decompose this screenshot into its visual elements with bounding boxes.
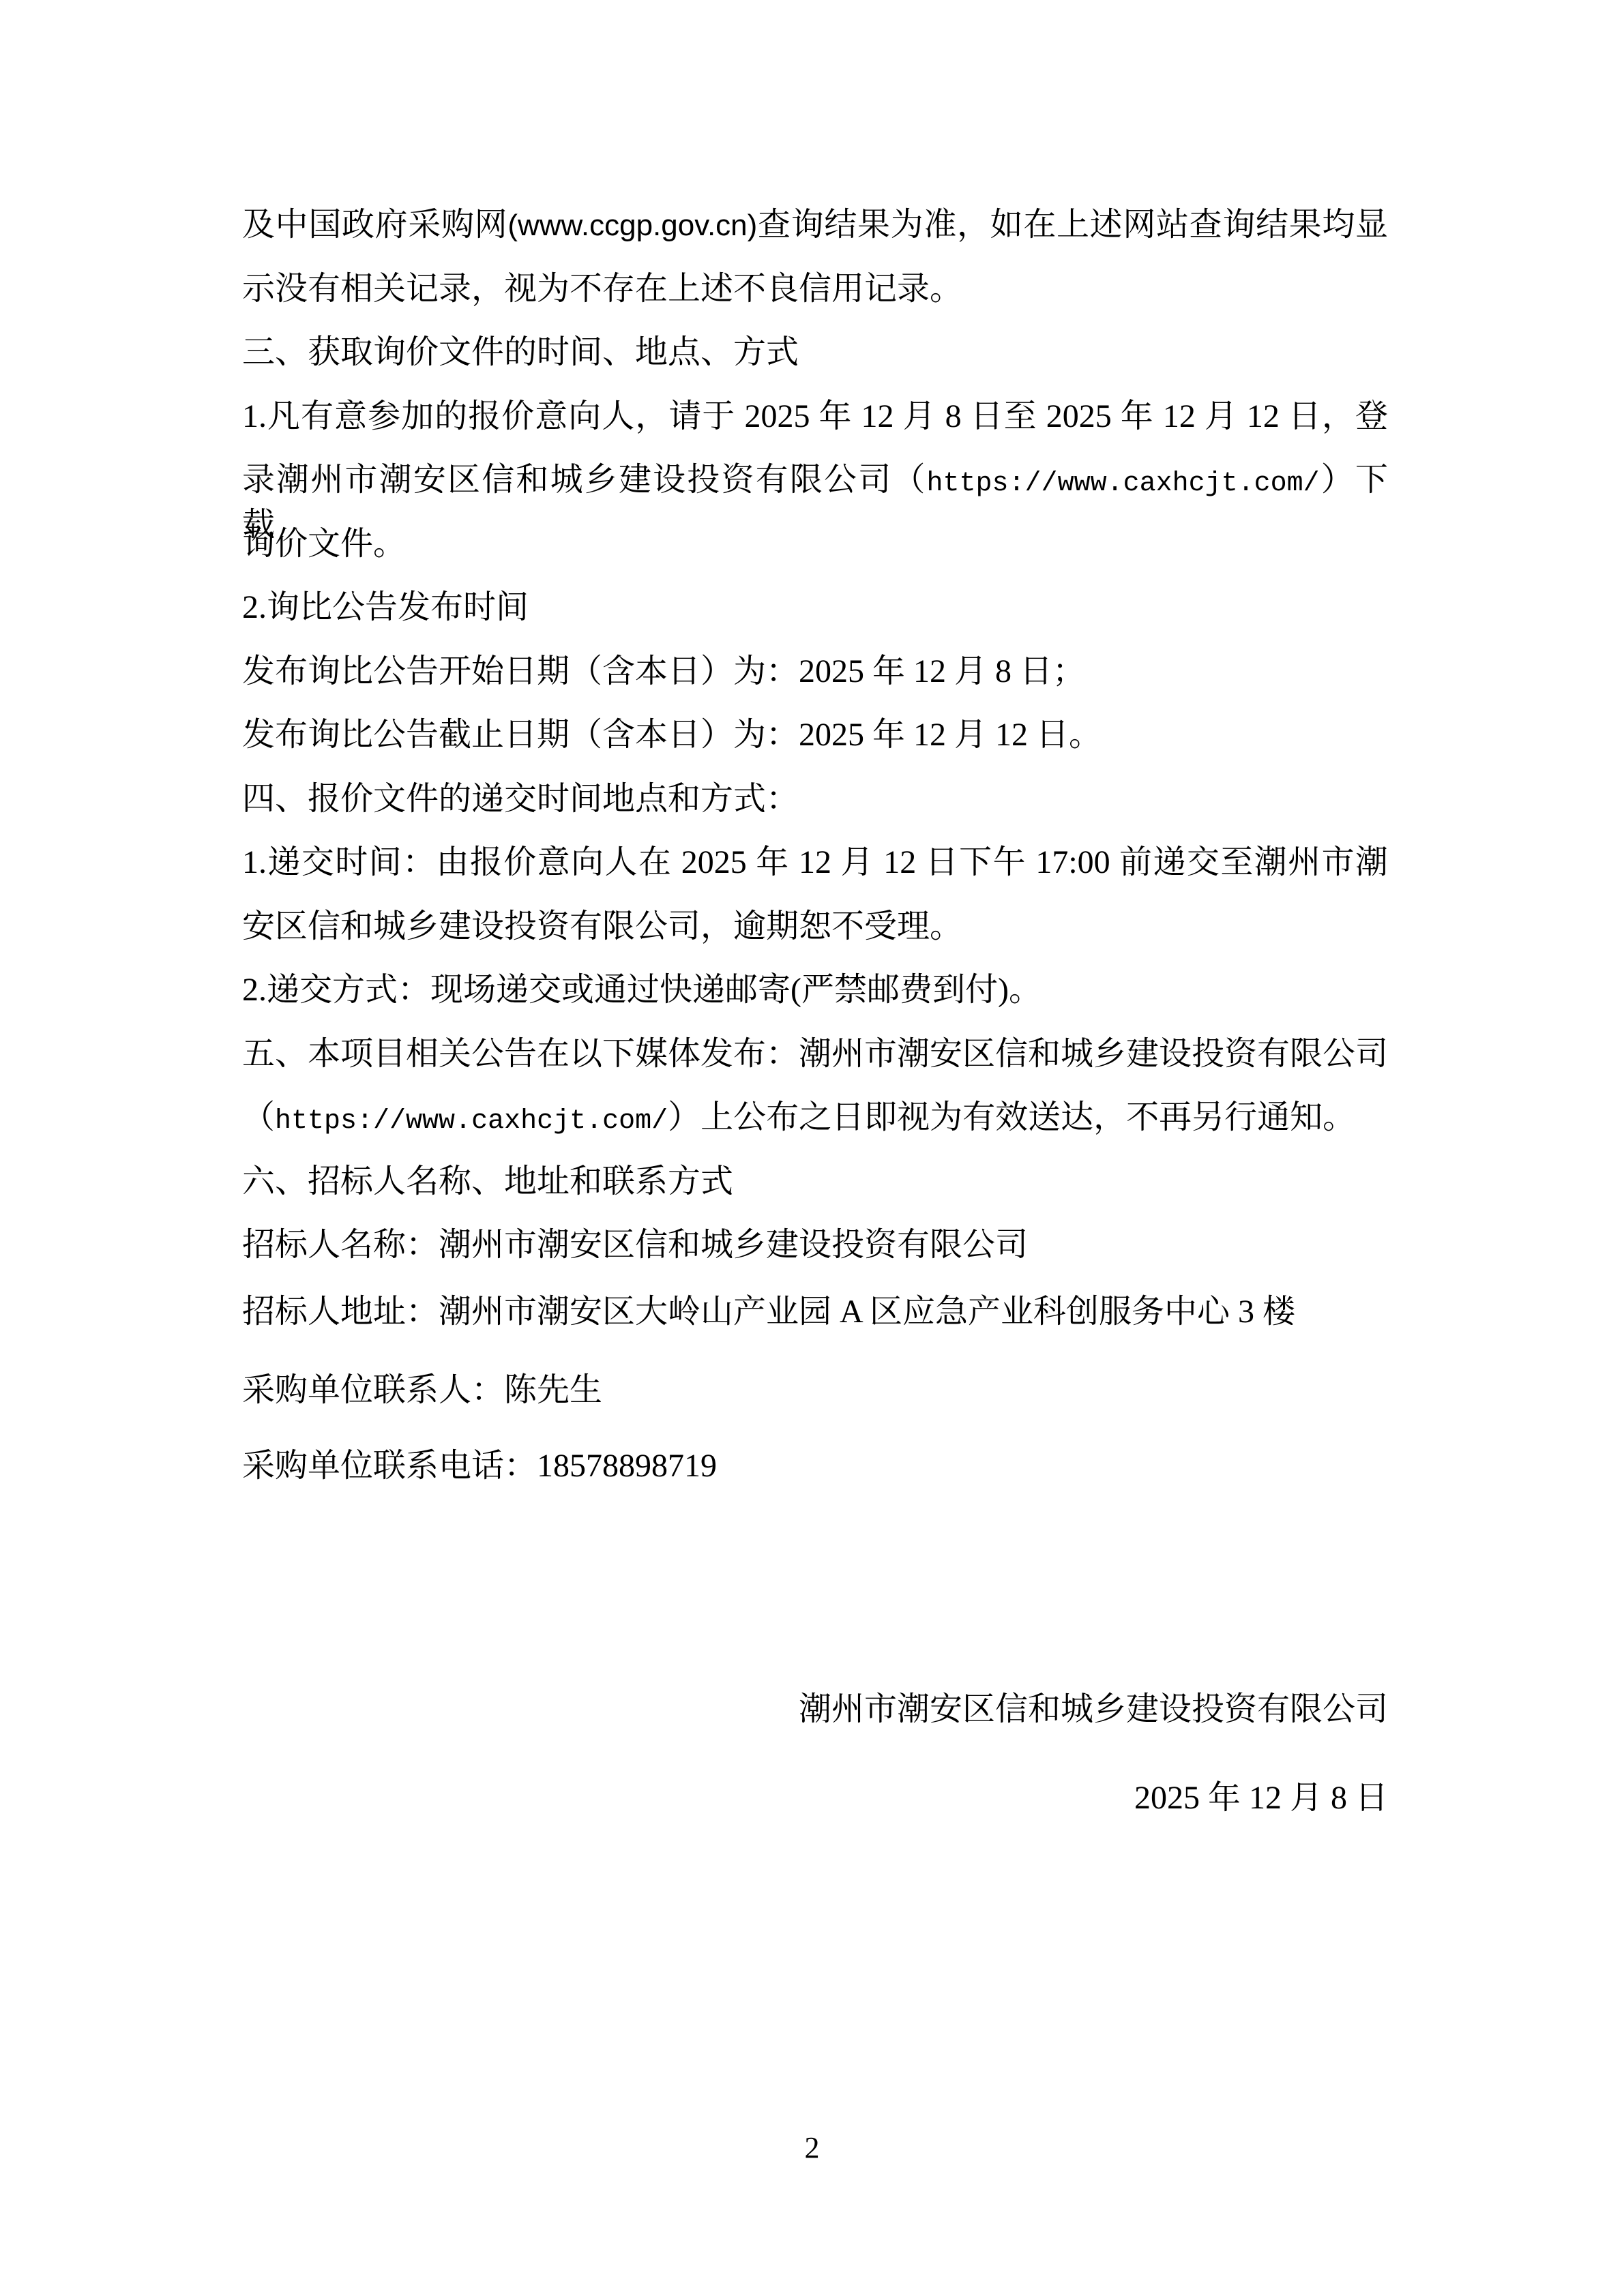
document-line-8: 发布询比公告开始日期（含本日）为：2025 年 12 月 8 日； (242, 651, 1388, 692)
text-run: 查询结果为准，如在上述网站查询结果均显 (757, 207, 1388, 243)
text-run: 1.递交时间：由报价意向人在 2025 年 12 月 12 日下午 17:00 … (242, 844, 1388, 880)
document-line-21: 潮州市潮安区信和城乡建设投资有限公司 (242, 1689, 1388, 1730)
document-line-13: 2.递交方式：现场递交或通过快递邮寄(严禁邮费到付)。 (242, 970, 1388, 1011)
text-run: 发布询比公告开始日期（含本日）为：2025 年 12 月 8 日； (242, 653, 1085, 689)
document-body: 及中国政府采购网(www.ccgp.gov.cn)查询结果为准，如在上述网站查询… (242, 0, 1388, 2296)
document-line-19: 采购单位联系人：陈先生 (242, 1370, 1388, 1411)
text-run: 招标人地址：潮州市潮安区大岭山产业园 A 区应急产业科创服务中心 3 楼 (242, 1294, 1295, 1330)
text-run: （ (242, 1099, 275, 1135)
document-page: 及中国政府采购网(www.ccgp.gov.cn)查询结果为准，如在上述网站查询… (0, 0, 1624, 2296)
text-run: 2.询比公告发布时间 (242, 589, 529, 625)
url-text: https://www.caxhcjt.com/ (927, 468, 1320, 499)
text-run: 2025 年 12 月 8 日 (1134, 1780, 1388, 1816)
document-line-20: 采购单位联系电话：18578898719 (242, 1446, 1388, 1487)
text-run: 潮州市潮安区信和城乡建设投资有限公司 (799, 1691, 1388, 1727)
text-run: 1.凡有意参加的报价意向人，请于 2025 年 12 月 8 日至 2025 年… (242, 398, 1388, 434)
document-line-9: 发布询比公告截止日期（含本日）为：2025 年 12 月 12 日。 (242, 715, 1388, 756)
document-line-22: 2025 年 12 月 8 日 (242, 1778, 1388, 1819)
document-line-14: 五、本项目相关公告在以下媒体发布：潮州市潮安区信和城乡建设投资有限公司 (242, 1034, 1388, 1075)
text-run: 发布询比公告截止日期（含本日）为：2025 年 12 月 12 日。 (242, 717, 1102, 753)
text-run: 三、获取询价文件的时间、地点、方式 (242, 334, 799, 370)
document-line-11: 1.递交时间：由报价意向人在 2025 年 12 月 12 日下午 17:00 … (242, 842, 1388, 883)
document-line-17: 招标人名称：潮州市潮安区信和城乡建设投资有限公司 (242, 1225, 1388, 1266)
document-line-12: 安区信和城乡建设投资有限公司，逾期恕不受理。 (242, 906, 1388, 947)
page-number: 2 (0, 2129, 1624, 2167)
text-run: 2.递交方式：现场递交或通过快递邮寄(严禁邮费到付)。 (242, 972, 1042, 1008)
text-run: 招标人名称：潮州市潮安区信和城乡建设投资有限公司 (242, 1227, 1028, 1263)
document-line-2: 示没有相关记录，视为不存在上述不良信用记录。 (242, 269, 1388, 310)
text-run: 采购单位联系电话：18578898719 (242, 1448, 717, 1484)
document-line-6: 询价文件。 (242, 524, 1388, 565)
document-line-15: （https://www.caxhcjt.com/）上公布之日即视为有效送达，不… (242, 1097, 1388, 1142)
document-line-7: 2.询比公告发布时间 (242, 587, 1388, 628)
document-line-3: 三、获取询价文件的时间、地点、方式 (242, 332, 1388, 373)
url-text: https://www.caxhcjt.com/ (275, 1106, 668, 1137)
text-run: ）上公布之日即视为有效送达，不再另行通知。 (668, 1099, 1355, 1135)
text-run: 四、报价文件的递交时间地点和方式： (242, 781, 799, 817)
text-run: 示没有相关记录，视为不存在上述不良信用记录。 (242, 271, 962, 307)
document-line-4: 1.凡有意参加的报价意向人，请于 2025 年 12 月 8 日至 2025 年… (242, 396, 1388, 437)
text-run: 询价文件。 (242, 526, 406, 562)
document-line-10: 四、报价文件的递交时间地点和方式： (242, 779, 1388, 820)
url-text: (www.ccgp.gov.cn) (507, 209, 757, 242)
text-run: 及中国政府采购网 (242, 207, 507, 243)
text-run: 安区信和城乡建设投资有限公司，逾期恕不受理。 (242, 908, 962, 944)
text-run: 录潮州市潮安区信和城乡建设投资有限公司（ (242, 462, 927, 498)
text-run: 六、招标人名称、地址和联系方式 (242, 1163, 733, 1199)
document-line-18: 招标人地址：潮州市潮安区大岭山产业园 A 区应急产业科创服务中心 3 楼 (242, 1292, 1388, 1332)
text-run: 五、本项目相关公告在以下媒体发布：潮州市潮安区信和城乡建设投资有限公司 (242, 1036, 1388, 1072)
document-line-16: 六、招标人名称、地址和联系方式 (242, 1161, 1388, 1202)
text-run: 采购单位联系人：陈先生 (242, 1372, 602, 1408)
document-line-1: 及中国政府采购网(www.ccgp.gov.cn)查询结果为准，如在上述网站查询… (242, 205, 1388, 246)
